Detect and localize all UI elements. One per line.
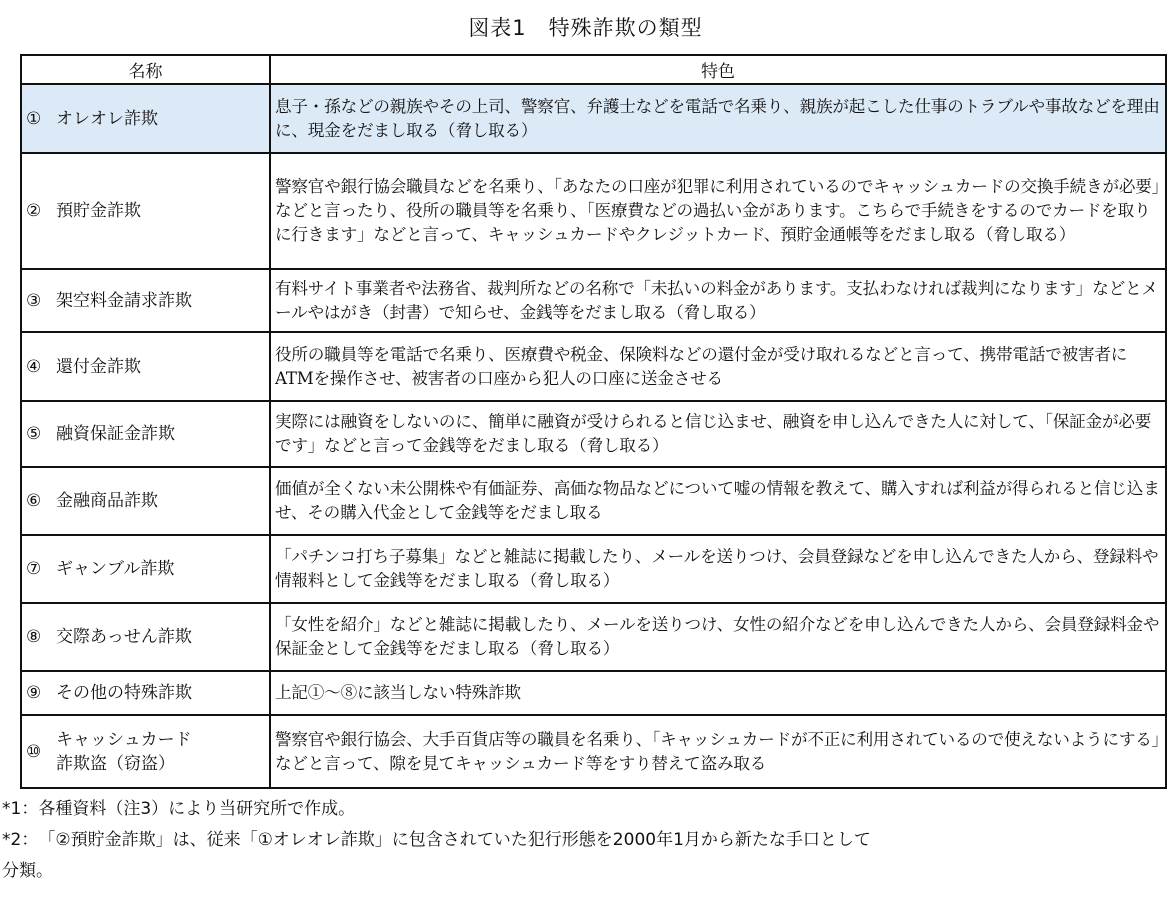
header-name: 名称 — [21, 55, 270, 84]
table-row: ③架空料金請求詐欺 有料サイト事業者や法務省、裁判所などの名称で「未払いの料金が… — [21, 269, 1166, 332]
row-name-cell: ①オレオレ詐欺 — [21, 84, 270, 153]
table-row: ⑨その他の特殊詐欺 上記①～⑧に該当しない特殊詐欺 — [21, 671, 1166, 715]
table-row: ⑦ギャンブル詐欺 「パチンコ打ち子募集」などと雑誌に掲載したり、メールを送りつけ… — [21, 535, 1166, 603]
row-number: ⑤ — [26, 424, 56, 444]
row-description: 価値が全くない未公開株や有価証券、高価な物品などについて嘘の情報を教えて、購入す… — [270, 467, 1166, 535]
row-description: 上記①～⑧に該当しない特殊詐欺 — [270, 671, 1166, 715]
row-name: 還付金詐欺 — [56, 355, 141, 379]
footnotes: *1： 各種資料（注3）により当研究所で作成。 *2： 「②預貯金詐欺」は、従来… — [2, 794, 1167, 887]
row-name-cell: ⑨その他の特殊詐欺 — [21, 671, 270, 715]
row-name: 架空料金請求詐欺 — [56, 289, 192, 313]
row-name-cell: ⑩キャッシュカード詐欺盗（窃盗） — [21, 715, 270, 788]
row-name: オレオレ詐欺 — [56, 107, 158, 131]
row-description: 役所の職員等を電話で名乗り、医療費や税金、保険料などの還付金が受け取れるなどと言… — [270, 332, 1166, 401]
table-header-row: 名称 特色 — [21, 55, 1166, 84]
row-description: 警察官や銀行協会、大手百貨店等の職員を名乗り、「キャッシュカードが不正に利用され… — [270, 715, 1166, 788]
footnote-mark: *2： — [2, 825, 38, 856]
row-number: ⑦ — [26, 559, 56, 579]
row-description: 「女性を紹介」などと雑誌に掲載したり、メールを送りつけ、女性の紹介などを申し込ん… — [270, 603, 1166, 671]
table-row: ⑤融資保証金詐欺 実際には融資をしないのに、簡単に融資が受けられると信じ込ませ、… — [21, 401, 1166, 467]
row-number: ③ — [26, 291, 56, 311]
row-name-line2: 詐欺盗（窃盗） — [56, 752, 192, 776]
row-number: ⑧ — [26, 627, 56, 647]
row-name-cell: ⑦ギャンブル詐欺 — [21, 535, 270, 603]
footnote-text: 各種資料（注3）により当研究所で作成。 — [38, 794, 1167, 825]
row-name-cell: ④還付金詐欺 — [21, 332, 270, 401]
row-name: ギャンブル詐欺 — [56, 557, 174, 581]
row-name: キャッシュカード詐欺盗（窃盗） — [56, 728, 192, 776]
row-name-line1: キャッシュカード — [56, 728, 192, 752]
footnote-1: *1： 各種資料（注3）により当研究所で作成。 — [2, 794, 1167, 825]
footnote-2: *2： 「②預貯金詐欺」は、従来「①オレオレ詐欺」に包含されていた犯行形態を20… — [2, 825, 1167, 856]
row-name: その他の特殊詐欺 — [56, 681, 192, 705]
row-name-cell: ⑥金融商品詐欺 — [21, 467, 270, 535]
row-name: 預貯金詐欺 — [56, 199, 141, 223]
row-name-cell: ③架空料金請求詐欺 — [21, 269, 270, 332]
row-name-cell: ⑧交際あっせん詐欺 — [21, 603, 270, 671]
row-description: 警察官や銀行協会職員などを名乗り、「あなたの口座が犯罪に利用されているのでキャッ… — [270, 153, 1166, 269]
table-row: ⑧交際あっせん詐欺 「女性を紹介」などと雑誌に掲載したり、メールを送りつけ、女性… — [21, 603, 1166, 671]
table-row: ④還付金詐欺 役所の職員等を電話で名乗り、医療費や税金、保険料などの還付金が受け… — [21, 332, 1166, 401]
table-row: ⑩キャッシュカード詐欺盗（窃盗） 警察官や銀行協会、大手百貨店等の職員を名乗り、… — [21, 715, 1166, 788]
row-description: 実際には融資をしないのに、簡単に融資が受けられると信じ込ませ、融資を申し込んでき… — [270, 401, 1166, 467]
table-row: ⑥金融商品詐欺 価値が全くない未公開株や有価証券、高価な物品などについて嘘の情報… — [21, 467, 1166, 535]
row-description: 息子・孫などの親族やその上司、警察官、弁護士などを電話で名乗り、親族が起こした仕… — [270, 84, 1166, 153]
row-number: ⑩ — [26, 742, 56, 762]
footnote-mark: *1： — [2, 794, 38, 825]
row-description: 「パチンコ打ち子募集」などと雑誌に掲載したり、メールを送りつけ、会員登録などを申… — [270, 535, 1166, 603]
table-row: ②預貯金詐欺 警察官や銀行協会職員などを名乗り、「あなたの口座が犯罪に利用されて… — [21, 153, 1166, 269]
row-number: ④ — [26, 357, 56, 377]
row-number: ① — [26, 109, 56, 129]
row-description: 有料サイト事業者や法務省、裁判所などの名称で「未払いの料金があります。支払わなけ… — [270, 269, 1166, 332]
table-row: ①オレオレ詐欺 息子・孫などの親族やその上司、警察官、弁護士などを電話で名乗り、… — [21, 84, 1166, 153]
row-number: ⑨ — [26, 683, 56, 703]
fraud-types-table: 名称 特色 ①オレオレ詐欺 息子・孫などの親族やその上司、警察官、弁護士などを電… — [20, 54, 1167, 789]
footnote-text: 「②預貯金詐欺」は、従来「①オレオレ詐欺」に包含されていた犯行形態を2000年1… — [38, 825, 1167, 856]
row-number: ② — [26, 201, 56, 221]
header-feature: 特色 — [270, 55, 1166, 84]
row-name: 融資保証金詐欺 — [56, 422, 175, 446]
row-name: 交際あっせん詐欺 — [56, 625, 192, 649]
row-name-cell: ⑤融資保証金詐欺 — [21, 401, 270, 467]
footnote-2-continuation: 分類。 — [2, 856, 1167, 887]
row-number: ⑥ — [26, 491, 56, 511]
row-name: 金融商品詐欺 — [56, 489, 158, 513]
figure-title: 図表1 特殊詐欺の類型 — [0, 12, 1171, 42]
row-name-cell: ②預貯金詐欺 — [21, 153, 270, 269]
